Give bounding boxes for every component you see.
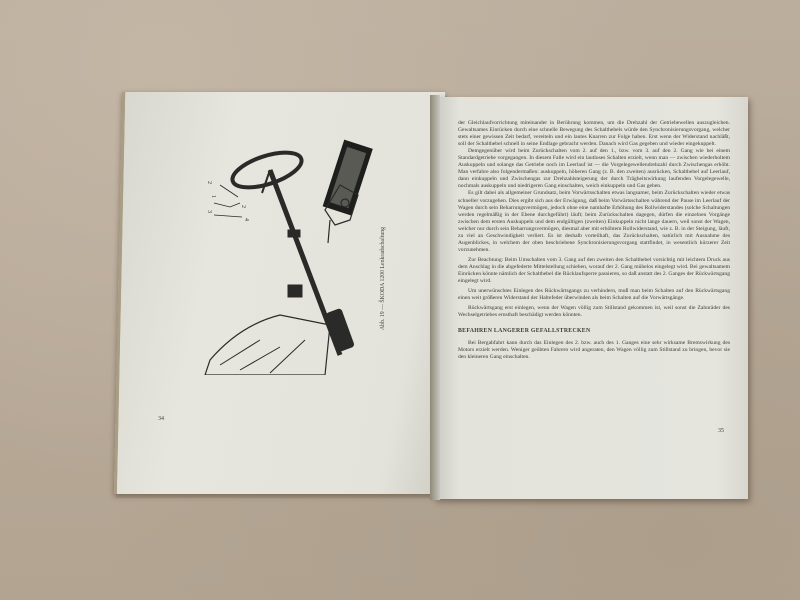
page-number-left: 34 [158,416,164,422]
book-spine-gutter [430,95,440,500]
figure-caption: Abb. 19 — ŠKODA 1200 Lenkradschaltung [380,227,386,330]
right-page-body-text: der Gleichlaufvorrichtung miteinander in… [458,120,730,361]
paragraph: der Gleichlaufvorrichtung miteinander in… [458,120,730,148]
paragraph: Zur Beachtung: Beim Umschalten vom 3. Ga… [458,257,730,285]
steering-column-gearshift-illustration: 2 1 3 2 4 [200,125,400,375]
paragraph: Bei Bergabfahrt kann durch das Einlegen … [458,340,730,361]
figure-label: 2 [206,181,212,184]
paragraph: Es gilt dabei als allgemeiner Grundsatz,… [458,190,730,253]
figure-label: 4 [243,218,249,221]
figure-label: 1 [210,195,216,198]
page-number-right: 35 [718,428,724,434]
paragraph: Um unerwünschtes Einlegen des Rückwärtsg… [458,288,730,302]
figure-label: 2 [240,205,246,208]
figure-label: 3 [206,210,212,213]
paragraph: Demgegenüber wird beim Zurückschalten vo… [458,148,730,190]
section-heading: BEFAHREN LANGERER GEFALLSTRECKEN [458,328,730,335]
paragraph: Rückwärtsgang erst einlegen, wenn der Wa… [458,305,730,319]
